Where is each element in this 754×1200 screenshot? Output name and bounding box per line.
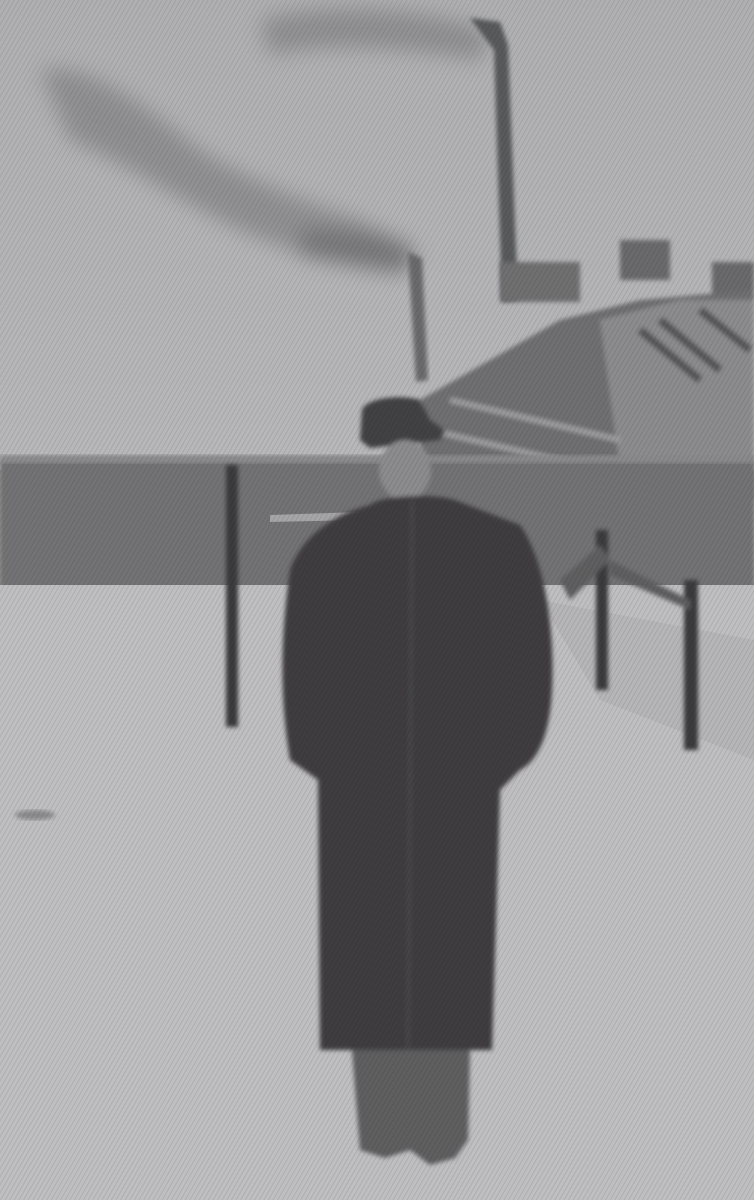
photograph: Black and white halftone photograph of a… (0, 0, 754, 1200)
photo-scene (0, 0, 754, 1200)
halftone-texture (0, 0, 754, 1200)
